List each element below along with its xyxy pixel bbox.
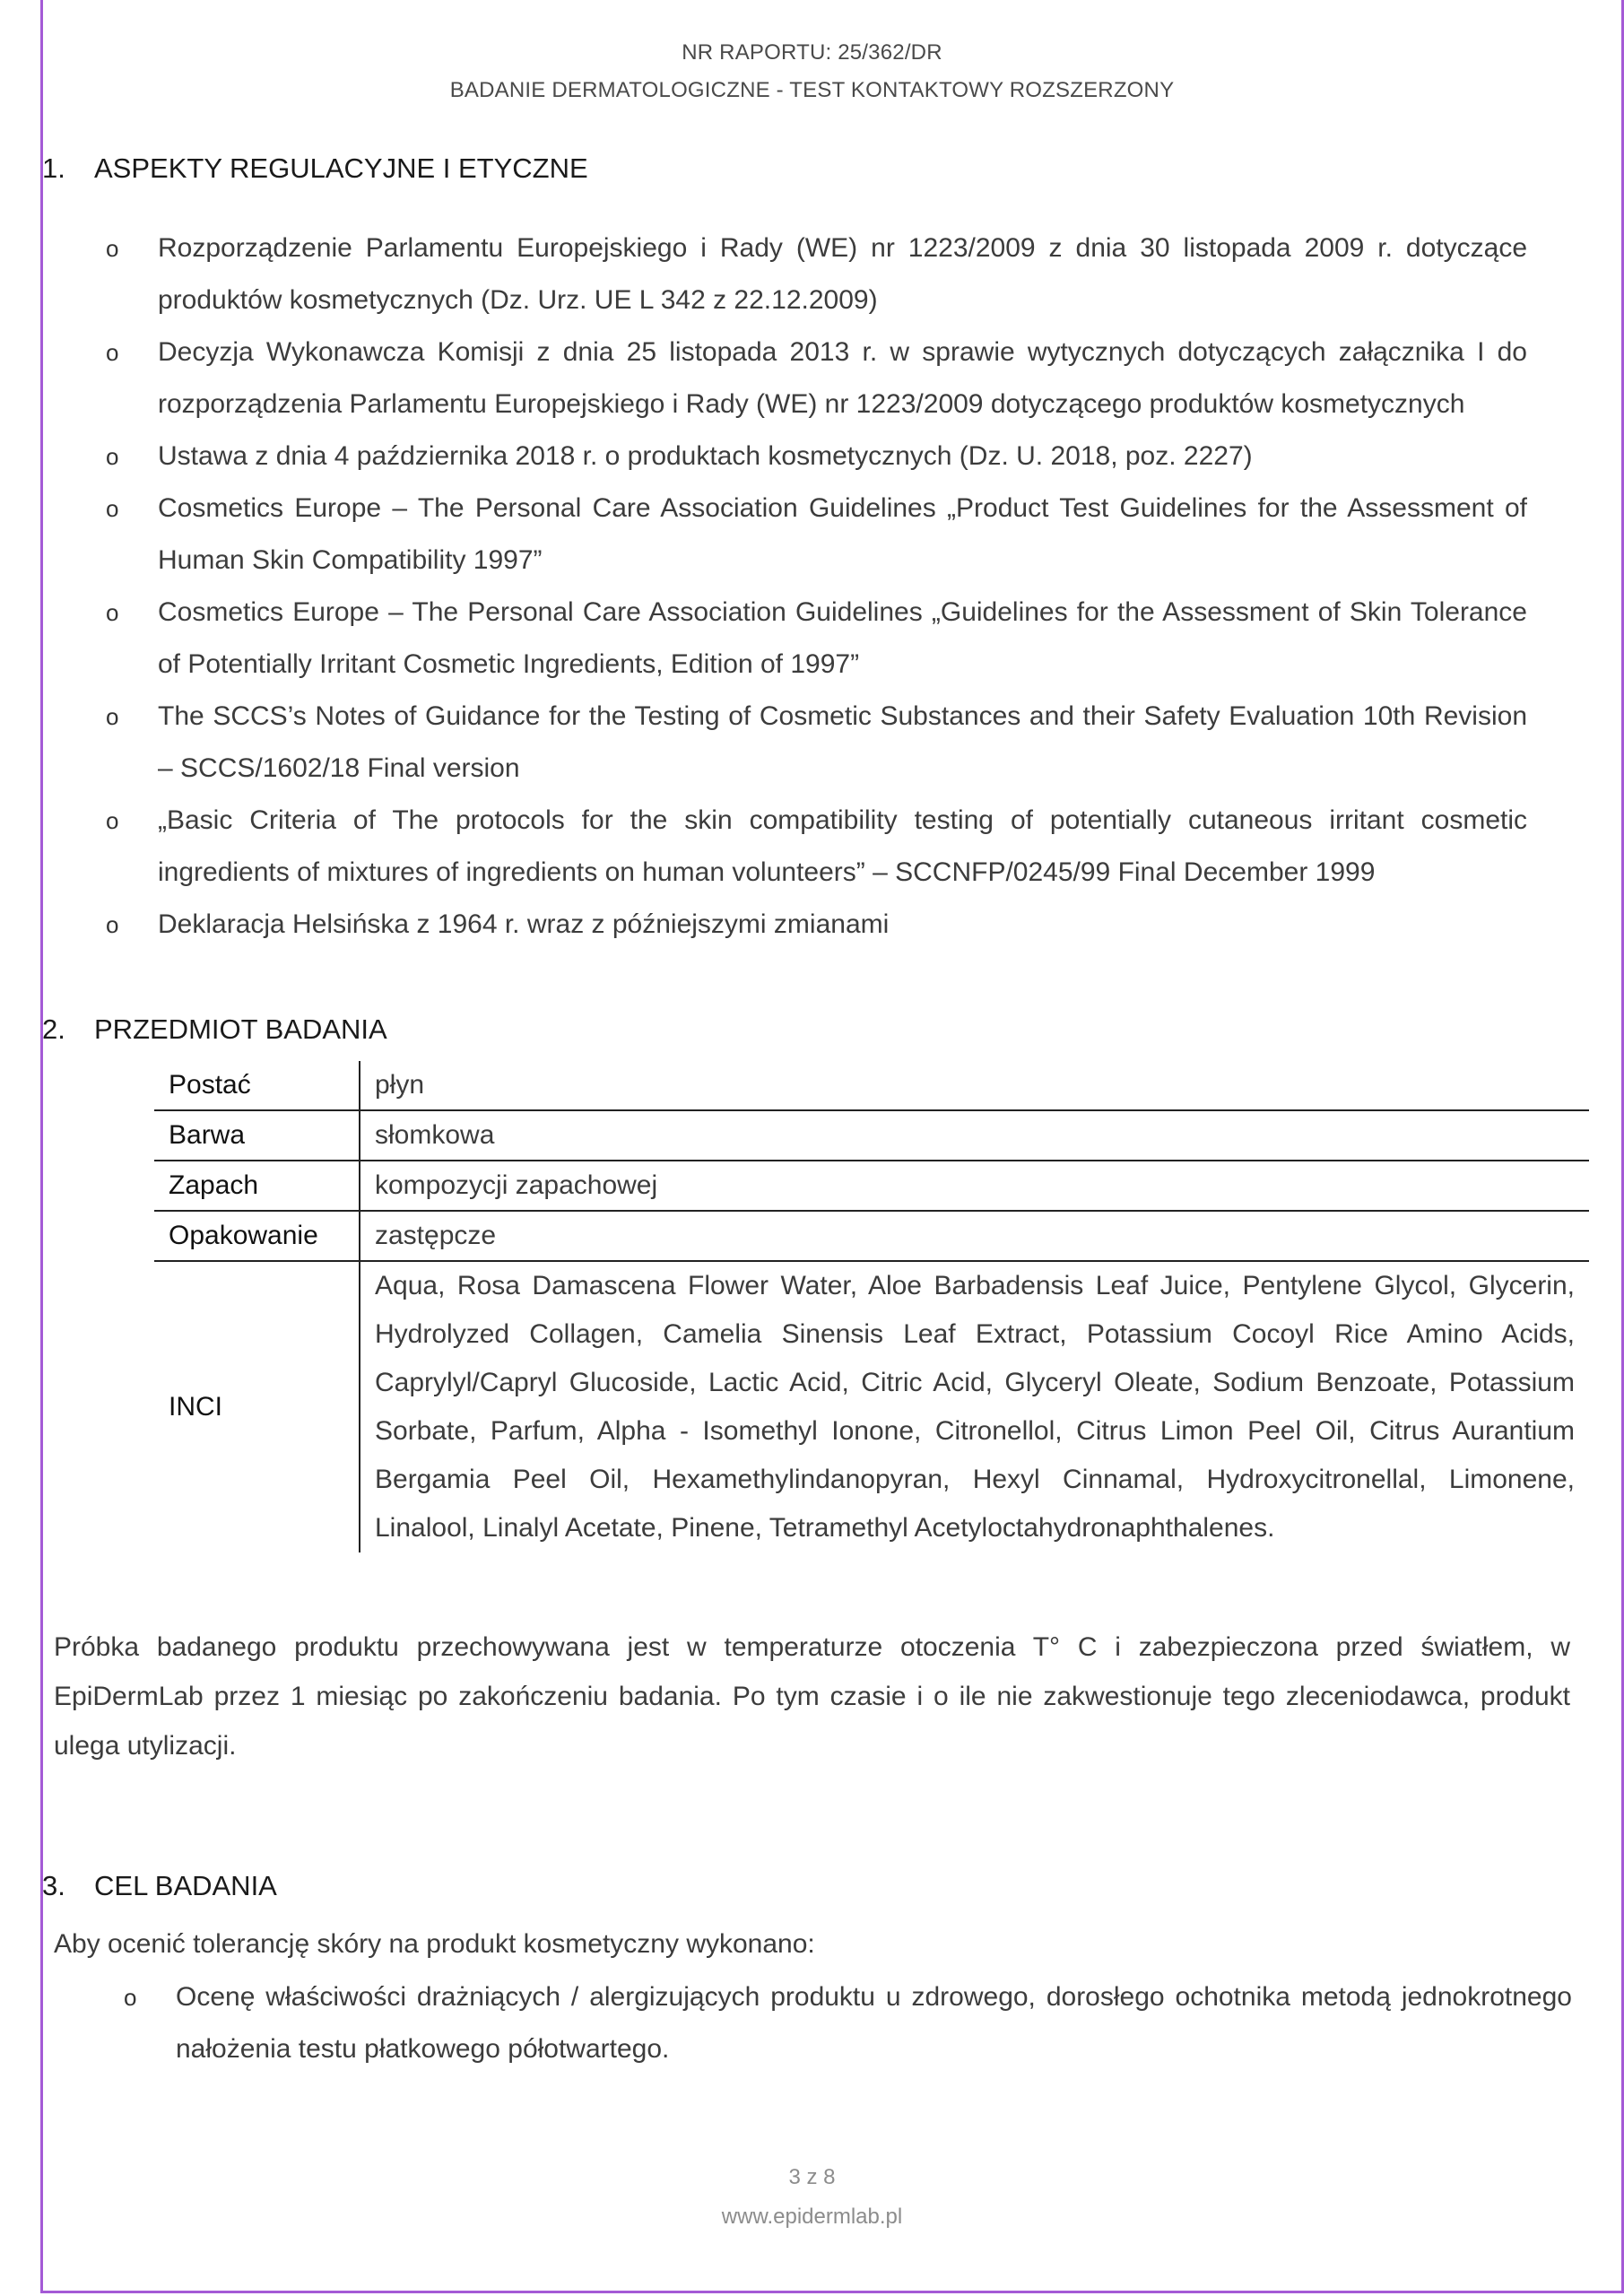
report-number: NR RAPORTU: 25/362/DR [0,34,1624,72]
list-item: oCosmetics Europe – The Personal Care As… [100,587,1527,691]
table-key: Opakowanie [154,1211,360,1261]
regulations-list: oRozporządzenie Parlamentu Europejskiego… [100,222,1527,951]
list-item: oOcenę właściwości drażniących / alergiz… [118,1971,1572,2075]
bullet-icon: o [106,587,118,639]
website: www.epidermlab.pl [0,2197,1624,2237]
table-value: płyn [360,1061,1589,1110]
report-title: BADANIE DERMATOLOGICZNE - TEST KONTAKTOW… [0,72,1624,109]
objectives-list: oOcenę właściwości drażniących / alergiz… [118,1971,1572,2075]
table-row: Opakowanie zastępcze [154,1211,1589,1261]
table-row: Zapach kompozycji zapachowej [154,1161,1589,1211]
table-key: Postać [154,1061,360,1110]
bullet-icon: o [106,795,118,847]
inci-value: Aqua, Rosa Damascena Flower Water, Aloe … [360,1261,1589,1552]
section-3-intro: Aby ocenić tolerancję skóry na produkt k… [54,1919,1570,1969]
bullet-icon: o [124,1971,136,2023]
list-item: oCosmetics Europe – The Personal Care As… [100,483,1527,587]
table-value: zastępcze [360,1211,1589,1261]
table-key: Barwa [154,1110,360,1161]
list-item: oThe SCCS’s Notes of Guidance for the Te… [100,691,1527,795]
bullet-icon: o [106,483,118,535]
product-table: Postać płyn Barwa słomkowa Zapach kompoz… [154,1061,1589,1552]
section-3-heading: 3. CEL BADANIA [42,1870,277,1902]
list-item: oDecyzja Wykonawcza Komisji z dnia 25 li… [100,326,1527,430]
storage-note: Próbka badanego produktu przechowywana j… [54,1622,1570,1770]
section-number: 1. [42,152,94,185]
list-item: oDeklaracja Helsińska z 1964 r. wraz z p… [100,899,1527,951]
section-title: PRZEDMIOT BADANIA [94,1013,387,1046]
table-key: INCI [154,1261,360,1552]
section-number: 3. [42,1870,94,1902]
bullet-icon: o [106,691,118,743]
section-title: ASPEKTY REGULACYJNE I ETYCZNE [94,152,588,185]
page-header: NR RAPORTU: 25/362/DR BADANIE DERMATOLOG… [0,34,1624,109]
table-value: kompozycji zapachowej [360,1161,1589,1211]
bullet-icon: o [106,899,118,951]
page-footer: 3 z 8 www.epidermlab.pl [0,2158,1624,2237]
table-row: Barwa słomkowa [154,1110,1589,1161]
section-2-heading: 2. PRZEDMIOT BADANIA [42,1013,387,1046]
list-item: oRozporządzenie Parlamentu Europejskiego… [100,222,1527,326]
table-value: słomkowa [360,1110,1589,1161]
list-item: o„Basic Criteria of The protocols for th… [100,795,1527,899]
section-number: 2. [42,1013,94,1046]
section-title: CEL BADANIA [94,1870,277,1902]
bullet-icon: o [106,222,118,274]
table-key: Zapach [154,1161,360,1211]
table-row: Postać płyn [154,1061,1589,1110]
section-1-heading: 1. ASPEKTY REGULACYJNE I ETYCZNE [42,152,588,185]
bullet-icon: o [106,430,118,483]
bullet-icon: o [106,326,118,378]
list-item: oUstawa z dnia 4 października 2018 r. o … [100,430,1527,483]
page-number: 3 z 8 [0,2158,1624,2197]
table-row: INCI Aqua, Rosa Damascena Flower Water, … [154,1261,1589,1552]
